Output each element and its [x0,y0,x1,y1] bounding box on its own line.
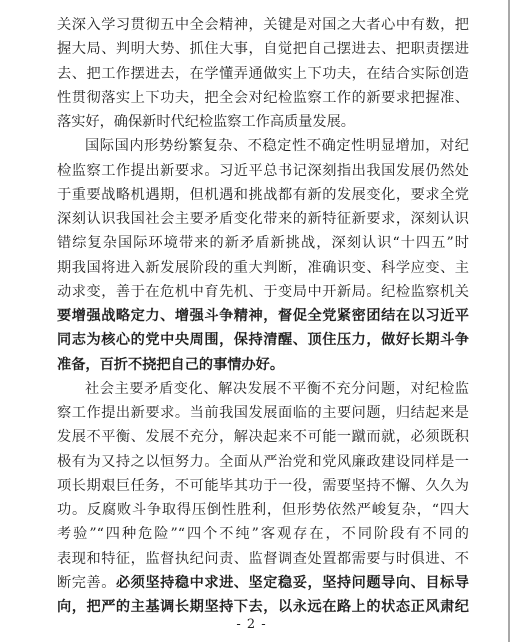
text-segment: 落实好，确保新时代纪检监察工作高质量发展。 [57,114,355,130]
text-segment: 错综复杂国际环境带来的新矛盾新挑战，深刻认识“十四五”时 [57,235,469,251]
text-line: 发展不平衡、发展不充分，解决起来不可能一蹴而就，必须既积 [57,425,469,449]
text-segment: 期我国将进入新发展阶段的重大判断，准确识变、科学应变、主 [57,260,469,276]
text-line: 动求变，善于在危机中育先机、于变局中开新局。纪检监察机关 [57,280,469,304]
text-segment: 国际国内形势纷繁复杂、不稳定性不确定性明显增加，对纪 [85,138,469,154]
text-line: 检监察工作提出新要求。习近平总书记深刻指出我国发展仍然处 [57,159,469,183]
text-line: 去、把工作摆进去，在学懂弄通做实上下功夫，在结合实际创造 [57,62,469,86]
text-segment: 必须坚持稳中求进、坚定稳妥，坚持问题导向、目标导 [116,575,469,591]
text-line: 握大局、判明大势、抓住大事，自觉把自己摆进去、把职责摆进 [57,37,469,61]
text-line: 断完善。必须坚持稳中求进、坚定稳妥，坚持问题导向、目标导 [57,571,469,595]
text-line: 准备，百折不挠把自己的事情办好。 [57,353,469,377]
page-edge-line [508,0,510,642]
text-line: 察工作提出新要求。当前我国发展面临的主要问题，归结起来是 [57,401,469,425]
text-line: 极有为又持之以恒努力。全面从严治党和党风廉政建设同样是一 [57,450,469,474]
text-segment: 深刻认识我国社会主要矛盾变化带来的新特征新要求，深刻认识 [57,211,469,227]
text-segment: 要增强战略定力、增强斗争精神，督促全党紧密团结在以习近平 [57,308,469,324]
text-line: 社会主要矛盾变化、解决发展不平衡不充分问题，对纪检监 [57,377,469,401]
text-line: 考验”“四种危险”“四个不纯”客观存在，不同阶段有不同的 [57,522,469,546]
text-line: 项长期艰巨任务，不可能毕其功于一役，需要坚持不懈、久久为 [57,474,469,498]
text-segment: 握大局、判明大势、抓住大事，自觉把自己摆进去、把职责摆进 [57,41,469,57]
text-segment: 动求变，善于在危机中育先机、于变局中开新局。纪检监察机关 [57,284,469,300]
text-segment: 考验”“四种危险”“四个不纯”客观存在，不同阶段有不同的 [57,526,469,542]
text-segment: 同志为核心的党中央周围，保持清醒、顶住压力，做好长期斗争 [57,332,469,348]
page-number: - 2 - [0,615,503,635]
text-segment: 功。反腐败斗争取得压倒性胜利，但形势依然严峻复杂，“四大 [57,502,469,518]
text-segment: 极有为又持之以恒努力。全面从严治党和党风廉政建设同样是一 [57,454,469,470]
text-segment: 向，把严的主基调长期坚持下去，以永远在路上的状态正风肃纪 [57,599,469,615]
text-line: 错综复杂国际环境带来的新矛盾新挑战，深刻认识“十四五”时 [57,231,469,255]
text-line: 表现和特征，监督执纪问责、监督调查处置都需要与时俱进、不 [57,547,469,571]
text-segment: 项长期艰巨任务，不可能毕其功于一役，需要坚持不懈、久久为 [57,478,469,494]
text-line: 同志为核心的党中央周围，保持清醒、顶住压力，做好长期斗争 [57,328,469,352]
text-segment: 关深入学习贯彻五中全会精神，关键是对国之大者心中有数，把 [57,17,469,33]
text-line: 国际国内形势纷繁复杂、不稳定性不确定性明显增加，对纪 [57,134,469,158]
text-line: 性贯彻落实上下功夫，把全会对纪检监察工作的新要求把握准、 [57,86,469,110]
text-segment: 表现和特征，监督执纪问责、监督调查处置都需要与时俱进、不 [57,551,469,567]
text-segment: 社会主要矛盾变化、解决发展不平衡不充分问题，对纪检监 [85,381,469,397]
text-segment: 去、把工作摆进去，在学懂弄通做实上下功夫，在结合实际创造 [57,66,469,82]
text-line: 落实好，确保新时代纪检监察工作高质量发展。 [57,110,469,134]
text-segment: 检监察工作提出新要求。习近平总书记深刻指出我国发展仍然处 [57,163,469,179]
text-line: 于重要战略机遇期，但机遇和挑战都有新的发展变化，要求全党 [57,183,469,207]
text-line: 期我国将进入新发展阶段的重大判断，准确识变、科学应变、主 [57,256,469,280]
text-segment: 发展不平衡、发展不充分，解决起来不可能一蹴而就，必须既积 [57,429,469,445]
text-segment: 察工作提出新要求。当前我国发展面临的主要问题，归结起来是 [57,405,469,421]
text-segment: 性贯彻落实上下功夫，把全会对纪检监察工作的新要求把握准、 [57,90,469,106]
document-page: 关深入学习贯彻五中全会精神，关键是对国之大者心中有数，把握大局、判明大势、抓住大… [0,0,513,642]
text-line: 功。反腐败斗争取得压倒性胜利，但形势依然严峻复杂，“四大 [57,498,469,522]
text-line: 关深入学习贯彻五中全会精神，关键是对国之大者心中有数，把 [57,13,469,37]
text-segment: 准备，百折不挠把自己的事情办好。 [57,357,284,373]
text-line: 深刻认识我国社会主要矛盾变化带来的新特征新要求，深刻认识 [57,207,469,231]
text-segment: 于重要战略机遇期，但机遇和挑战都有新的发展变化，要求全党 [57,187,469,203]
text-segment: 断完善。 [57,575,116,591]
text-line: 要增强战略定力、增强斗争精神，督促全党紧密团结在以习近平 [57,304,469,328]
text-block: 关深入学习贯彻五中全会精神，关键是对国之大者心中有数，把握大局、判明大势、抓住大… [57,13,469,619]
